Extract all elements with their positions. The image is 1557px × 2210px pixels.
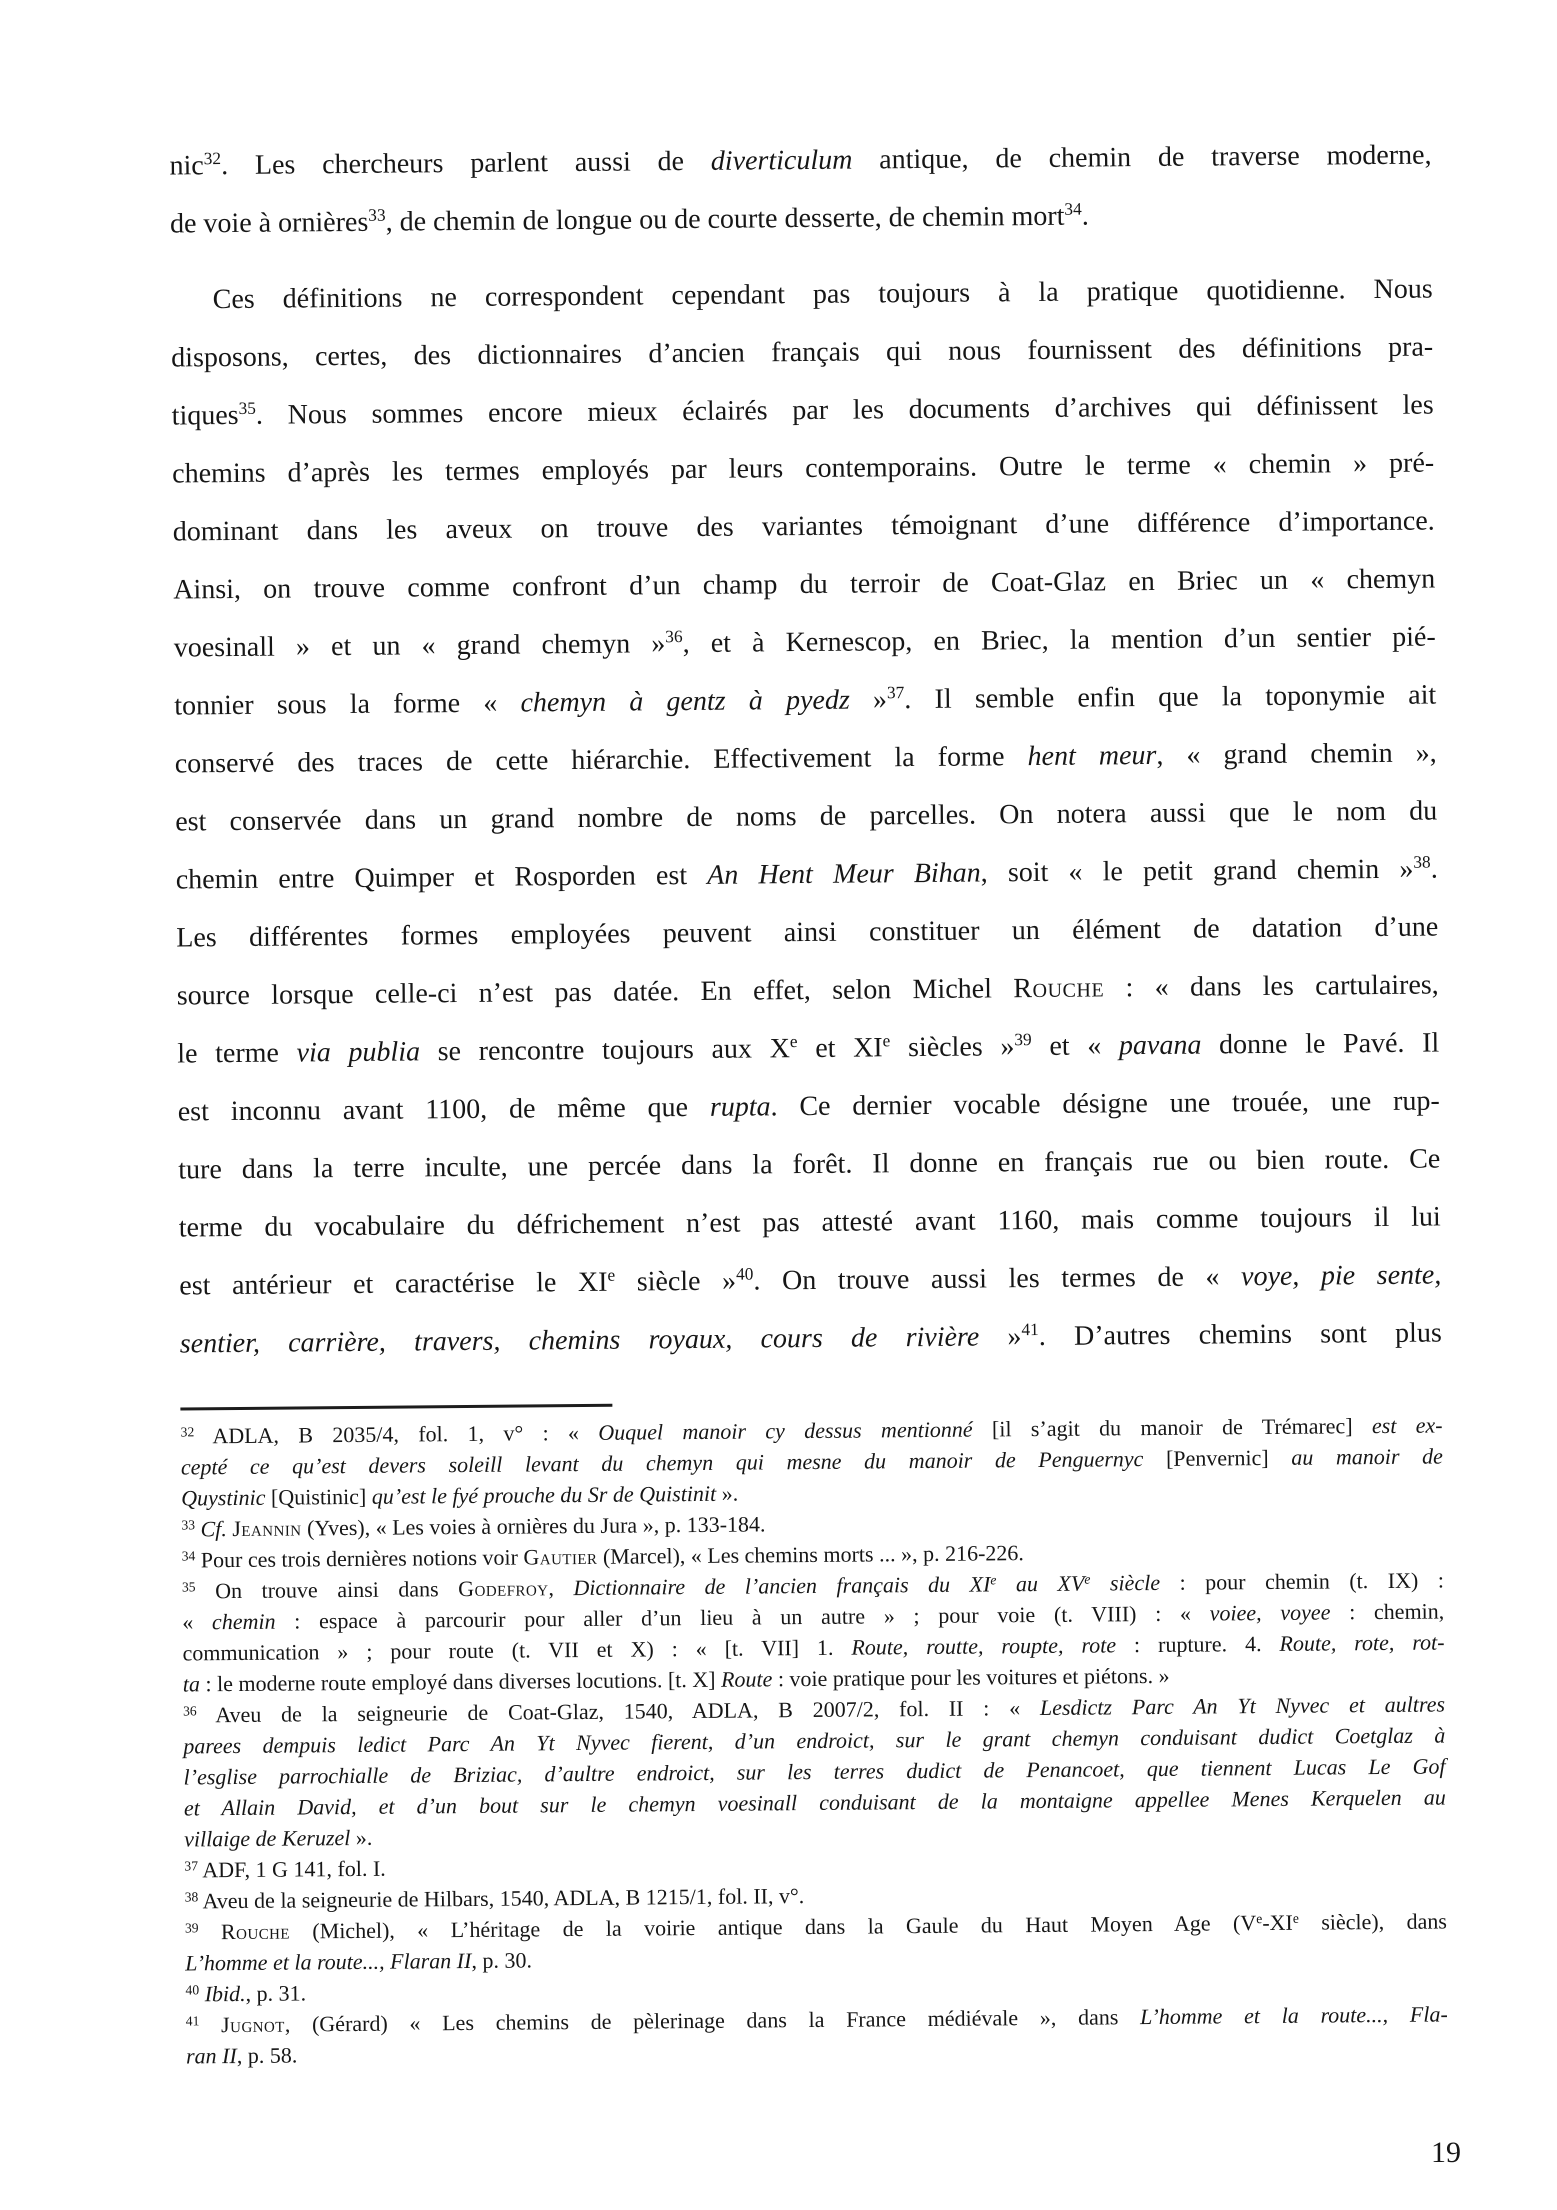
- text-segment: Rouche: [221, 1919, 290, 1945]
- text-segment: est inconnu avant 1100, de même que: [178, 1092, 710, 1128]
- text-segment: communication » ; pour route (t. VII et …: [182, 1635, 851, 1666]
- text-segment: e: [607, 1266, 615, 1285]
- text-segment: : « dans les cartulaires,: [1104, 969, 1439, 1003]
- text-segment: Lesdictz Parc An Yt Nyvec et aultres: [1040, 1691, 1445, 1720]
- text-segment: donne le Pavé. Il: [1201, 1027, 1439, 1060]
- text-segment: (Marcel), « Les chemins morts ... », p. …: [597, 1540, 1024, 1569]
- text-segment: e: [790, 1033, 798, 1052]
- text-segment: tonnier sous la forme «: [174, 688, 521, 722]
- text-segment: et «: [1032, 1030, 1120, 1062]
- text-segment: (Yves), « Les voies à ornières du Jura »…: [301, 1511, 765, 1540]
- text-segment: . Il semble enfin que la toponymie ait: [904, 680, 1436, 716]
- text-segment: Route, rote, rot-: [1279, 1629, 1444, 1655]
- text-segment: ».: [350, 1825, 372, 1850]
- text-segment: dominant dans les aveux on trouve des va…: [173, 506, 1435, 548]
- text-segment: ADF, 1 G 141, fol. I.: [198, 1856, 386, 1883]
- footnotes: 32 ADLA, B 2035/4, fol. 1, v° : « Ouquel…: [180, 1409, 1448, 2071]
- text-segment: 39: [1014, 1031, 1032, 1050]
- text-segment: , p. 30.: [471, 1947, 532, 1973]
- text-segment: source lorsque celle-ci n’est pas datée.…: [177, 973, 1014, 1011]
- text-segment: Quystinic: [181, 1485, 266, 1511]
- text-segment: sentier, carrière, travers, chemins roya…: [180, 1322, 980, 1360]
- text-segment: Ibid.: [205, 1981, 246, 2006]
- text-segment: ta: [183, 1671, 200, 1696]
- text-segment: cepté ce qu’est devers soleill levant du…: [181, 1446, 1144, 1479]
- text-segment: 34: [1064, 200, 1082, 219]
- text-segment: 40: [736, 1265, 754, 1284]
- text-segment: est ex-: [1372, 1412, 1443, 1438]
- text-segment: Pour ces trois dernières notions voir: [195, 1545, 523, 1573]
- text-segment: au XV: [996, 1571, 1084, 1597]
- text-segment: qu’est le fyé prouche du Sr de Quistinit: [372, 1481, 717, 1509]
- text-line: de voie à ornières33, de chemin de longu…: [170, 185, 1432, 254]
- text-segment: e: [1084, 1571, 1090, 1586]
- text-segment: Aveu de la seigneurie de Hilbars, 1540, …: [198, 1883, 804, 1913]
- text-segment: 34: [182, 1548, 196, 1563]
- text-segment: e: [1293, 1910, 1299, 1925]
- text-segment: Aveu de la seigneurie de Coat-Glaz, 1540…: [197, 1695, 1040, 1727]
- text-segment: . D’autres chemins sont plus: [1039, 1317, 1442, 1352]
- text-segment: [il s’agit du manoir de Trémarec]: [973, 1413, 1373, 1441]
- text-segment: 35: [238, 399, 256, 418]
- text-segment: L’homme et la route..., Flaran II: [185, 1948, 471, 1975]
- text-segment: , de chemin de longue ou de courte desse…: [386, 201, 1065, 238]
- text-segment: Les différentes formes employées peuvent…: [176, 912, 1438, 954]
- text-segment: [Penvernic]: [1143, 1445, 1291, 1471]
- text-segment: siècle: [1090, 1570, 1160, 1596]
- text-segment: 41: [1021, 1320, 1039, 1339]
- text-segment: Dictionnaire de l’ancien français du XI: [573, 1571, 990, 1600]
- text-segment: e: [990, 1572, 996, 1587]
- text-segment: , (Gérard) « Les chemins de pèlerinage d…: [285, 2004, 1140, 2036]
- text-segment: e: [883, 1032, 891, 1051]
- footnote: 39 Rouche (Michel), « L’héritage de la v…: [185, 1905, 1447, 1978]
- text-segment: disposons, certes, des dictionnaires d’a…: [171, 332, 1433, 374]
- document-page: nic32. Les chercheurs parlent aussi de d…: [0, 0, 1557, 2210]
- text-segment: hent meur: [1027, 740, 1156, 772]
- text-segment: le terme: [177, 1037, 297, 1069]
- text-segment: On trouve ainsi dans: [195, 1576, 458, 1603]
- text-segment: . Nous sommes encore mieux éclairés par …: [256, 390, 1434, 431]
- text-segment: 33: [181, 1517, 195, 1532]
- text-segment: : le moderne route employé dans diverses…: [200, 1667, 721, 1697]
- text-segment: Godefroy: [458, 1575, 548, 1601]
- text-segment: . Les chercheurs parlent aussi de: [221, 146, 711, 181]
- text-segment: 39: [185, 1920, 199, 1935]
- text-segment: [Quistinic]: [265, 1484, 372, 1510]
- text-segment: 32: [181, 1424, 195, 1439]
- text-segment: 36: [665, 628, 683, 647]
- footnote-separator: [180, 1404, 612, 1411]
- text-segment: .: [1431, 854, 1438, 885]
- text-segment: Route: [721, 1666, 773, 1691]
- text-segment: ,: [548, 1575, 573, 1600]
- footnote: 41 Jugnot, (Gérard) « Les chemins de pèl…: [186, 1998, 1448, 2071]
- text-segment: -XI: [1262, 1910, 1293, 1935]
- text-segment: : rupture. 4.: [1116, 1631, 1280, 1657]
- text-segment: antique, de chemin de traverse moderne,: [852, 140, 1431, 176]
- page-number: 19: [1431, 2136, 1461, 2170]
- paragraph: nic32. Les chercheurs parlent aussi de d…: [169, 127, 1432, 254]
- text-segment: »: [979, 1321, 1022, 1352]
- text-segment: tiques: [172, 400, 239, 432]
- text-segment: 32: [204, 150, 222, 169]
- text-segment: . Ce dernier vocable désigne une trouée,…: [770, 1085, 1439, 1122]
- paragraph: Ces définitions ne correspondent cependa…: [170, 261, 1442, 1374]
- text-segment: 37: [887, 684, 905, 703]
- text-segment: ture dans la terre inculte, une percée d…: [178, 1143, 1440, 1185]
- text-line: nic32. Les chercheurs parlent aussi de d…: [169, 127, 1431, 196]
- text-segment: ADLA, B 2035/4, fol. 1, v° : «: [194, 1420, 598, 1449]
- text-segment: .: [1082, 201, 1089, 232]
- text-segment: 35: [182, 1579, 196, 1594]
- text-segment: 40: [185, 1982, 199, 1997]
- text-segment: : voie pratique pour les voitures et pié…: [772, 1663, 1169, 1691]
- text-segment: siècle »: [615, 1266, 736, 1298]
- text-segment: voye, pie sente,: [1241, 1259, 1441, 1292]
- text-segment: , p. 58.: [237, 2043, 298, 2069]
- text-segment: ».: [716, 1481, 738, 1506]
- text-segment: ran II: [186, 2043, 237, 2068]
- text-segment: [198, 1919, 221, 1944]
- text-segment: , « grand chemin »,: [1156, 738, 1437, 771]
- text-segment: pavana: [1119, 1030, 1202, 1062]
- text-segment: 41: [186, 2013, 200, 2028]
- text-segment: , et à Kernescop, en Briec, la mention d…: [683, 622, 1436, 660]
- text-segment: Ouquel manoir cy dessus mentionné: [598, 1417, 973, 1445]
- text-segment: 37: [184, 1858, 198, 1873]
- text-segment: Jeannin: [232, 1515, 301, 1541]
- text-segment: Route, routte, roupte, rote: [851, 1632, 1116, 1659]
- text-segment: via publia: [296, 1036, 420, 1068]
- text-segment: , soit « le petit grand chemin »: [981, 854, 1414, 889]
- text-segment: (Michel), « L’héritage de la voirie anti…: [290, 1910, 1256, 1943]
- text-segment: au manoir de: [1291, 1443, 1443, 1469]
- text-segment: diverticulum: [711, 145, 853, 177]
- text-segment: 33: [368, 206, 386, 225]
- text-segment: de voie à ornières: [170, 207, 369, 240]
- text-segment: : espace à parcourir pour aller d’un lie…: [275, 1601, 1209, 1634]
- text-segment: conservé des traces de cette hiérarchie.…: [175, 741, 1028, 779]
- text-segment: e: [1256, 1911, 1262, 1926]
- text-segment: et XI: [797, 1032, 882, 1064]
- footnote: 35 On trouve ainsi dans Godefroy, Dictio…: [182, 1564, 1445, 1699]
- footnote: 32 ADLA, B 2035/4, fol. 1, v° : « Ouquel…: [180, 1409, 1443, 1513]
- text-segment: chemyn à gentz à pyedz: [520, 685, 850, 719]
- text-segment: se rencontre toujours aux X: [420, 1033, 790, 1067]
- text-segment: »: [850, 684, 888, 715]
- text-segment: L’homme et la route..., Fla-: [1140, 2001, 1448, 2029]
- text-segment: chemin: [212, 1609, 276, 1635]
- text-segment: : chemin,: [1330, 1598, 1444, 1624]
- text-segment: [199, 2012, 221, 2037]
- text-segment: Ainsi, on trouve comme confront d’un cha…: [173, 564, 1435, 606]
- text-segment: est antérieur et caractérise le XI: [179, 1267, 607, 1302]
- text-segment: siècles »: [890, 1031, 1014, 1063]
- text-segment: Jugnot: [221, 2012, 285, 2038]
- text-segment: 36: [183, 1703, 197, 1718]
- text-segment: voiee, voyee: [1210, 1599, 1331, 1625]
- text-segment: villaige de Keruzel: [184, 1825, 350, 1851]
- text-line: sentier, carrière, travers, chemins roya…: [180, 1304, 1442, 1373]
- text-segment: 38: [185, 1889, 199, 1904]
- text-segment: «: [182, 1609, 212, 1634]
- text-segment: An Hent Meur Bihan: [707, 857, 981, 890]
- text-segment: chemins d’après les termes employés par …: [172, 448, 1434, 490]
- text-segment: nic: [169, 150, 203, 181]
- footnote: 36 Aveu de la seigneurie de Coat-Glaz, 1…: [183, 1688, 1446, 1854]
- text-segment: terme du vocabulaire du défrichement n’e…: [179, 1201, 1441, 1243]
- text-segment: Rouche: [1013, 972, 1104, 1004]
- scanned-text-block: nic32. Les chercheurs parlent aussi de d…: [169, 127, 1448, 2072]
- text-segment: voesinall » et un « grand chemyn »: [174, 628, 666, 663]
- text-segment: Ces définitions ne correspondent cependa…: [213, 274, 1433, 316]
- text-segment: chemin entre Quimper et Rosporden est: [176, 860, 708, 896]
- text-segment: est conservée dans un grand nombre de no…: [175, 796, 1437, 838]
- text-segment: : pour chemin (t. IX) :: [1160, 1567, 1444, 1594]
- text-segment: rupta: [710, 1091, 771, 1123]
- text-segment: Cf.: [200, 1516, 227, 1541]
- text-segment: , p. 31.: [245, 1980, 306, 2006]
- body-text: nic32. Les chercheurs parlent aussi de d…: [169, 127, 1442, 1374]
- text-segment: siècle), dans: [1299, 1908, 1447, 1934]
- text-segment: Gautier: [523, 1544, 597, 1570]
- text-segment: . On trouve aussi les termes de «: [753, 1261, 1241, 1296]
- text-segment: 38: [1413, 853, 1431, 872]
